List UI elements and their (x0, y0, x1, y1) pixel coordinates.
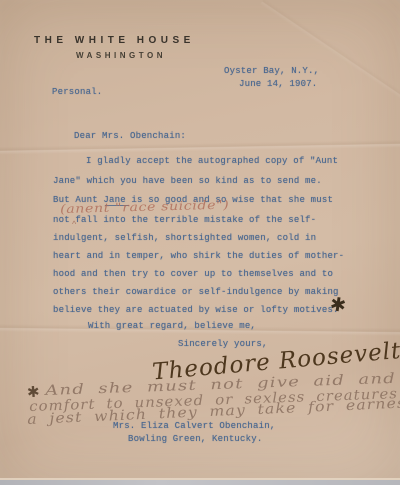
body-line: hood and then try to cover up to themsel… (53, 269, 333, 279)
fold-crease (0, 139, 400, 155)
body-line: I gladly accept the autographed copy of … (86, 156, 338, 166)
recipient-address-name: Mrs. Eliza Calvert Obenchain, (113, 421, 275, 431)
body-line: indulgent, selfish, shortsighted women, … (53, 233, 316, 243)
body-line: believe they are actuated by wise or lof… (53, 305, 339, 315)
body-line: others their cowardice or self-indulgenc… (53, 287, 339, 297)
recipient-address-city: Bowling Green, Kentucky. (128, 434, 262, 444)
body-line: Jane" which you have been so kind as to … (53, 176, 322, 186)
salutation: Dear Mrs. Obenchain: (74, 131, 186, 141)
closing-regards: With great regard, believe me, (88, 321, 256, 331)
footnote-star-icon: ✱ (329, 293, 348, 317)
letter-document: THE WHITE HOUSE WASHINGTON Oyster Bay, N… (0, 0, 400, 485)
body-line: not fall into the terrible mistake of th… (53, 215, 316, 225)
letterhead-title: THE WHITE HOUSE (34, 35, 195, 46)
body-line: heart and in temper, who shirk the dutie… (53, 251, 344, 261)
handwritten-insertion: (anent "race suicide") (60, 198, 229, 216)
dateline-date: June 14, 1907. (239, 79, 317, 89)
letterhead-subtitle: WASHINGTON (76, 51, 166, 60)
paper-edge (0, 480, 400, 485)
dateline-place: Oyster Bay, N.Y., (224, 66, 319, 76)
closing-sincerely: Sincerely yours, (178, 339, 268, 349)
personal-label: Personal. (52, 87, 102, 97)
